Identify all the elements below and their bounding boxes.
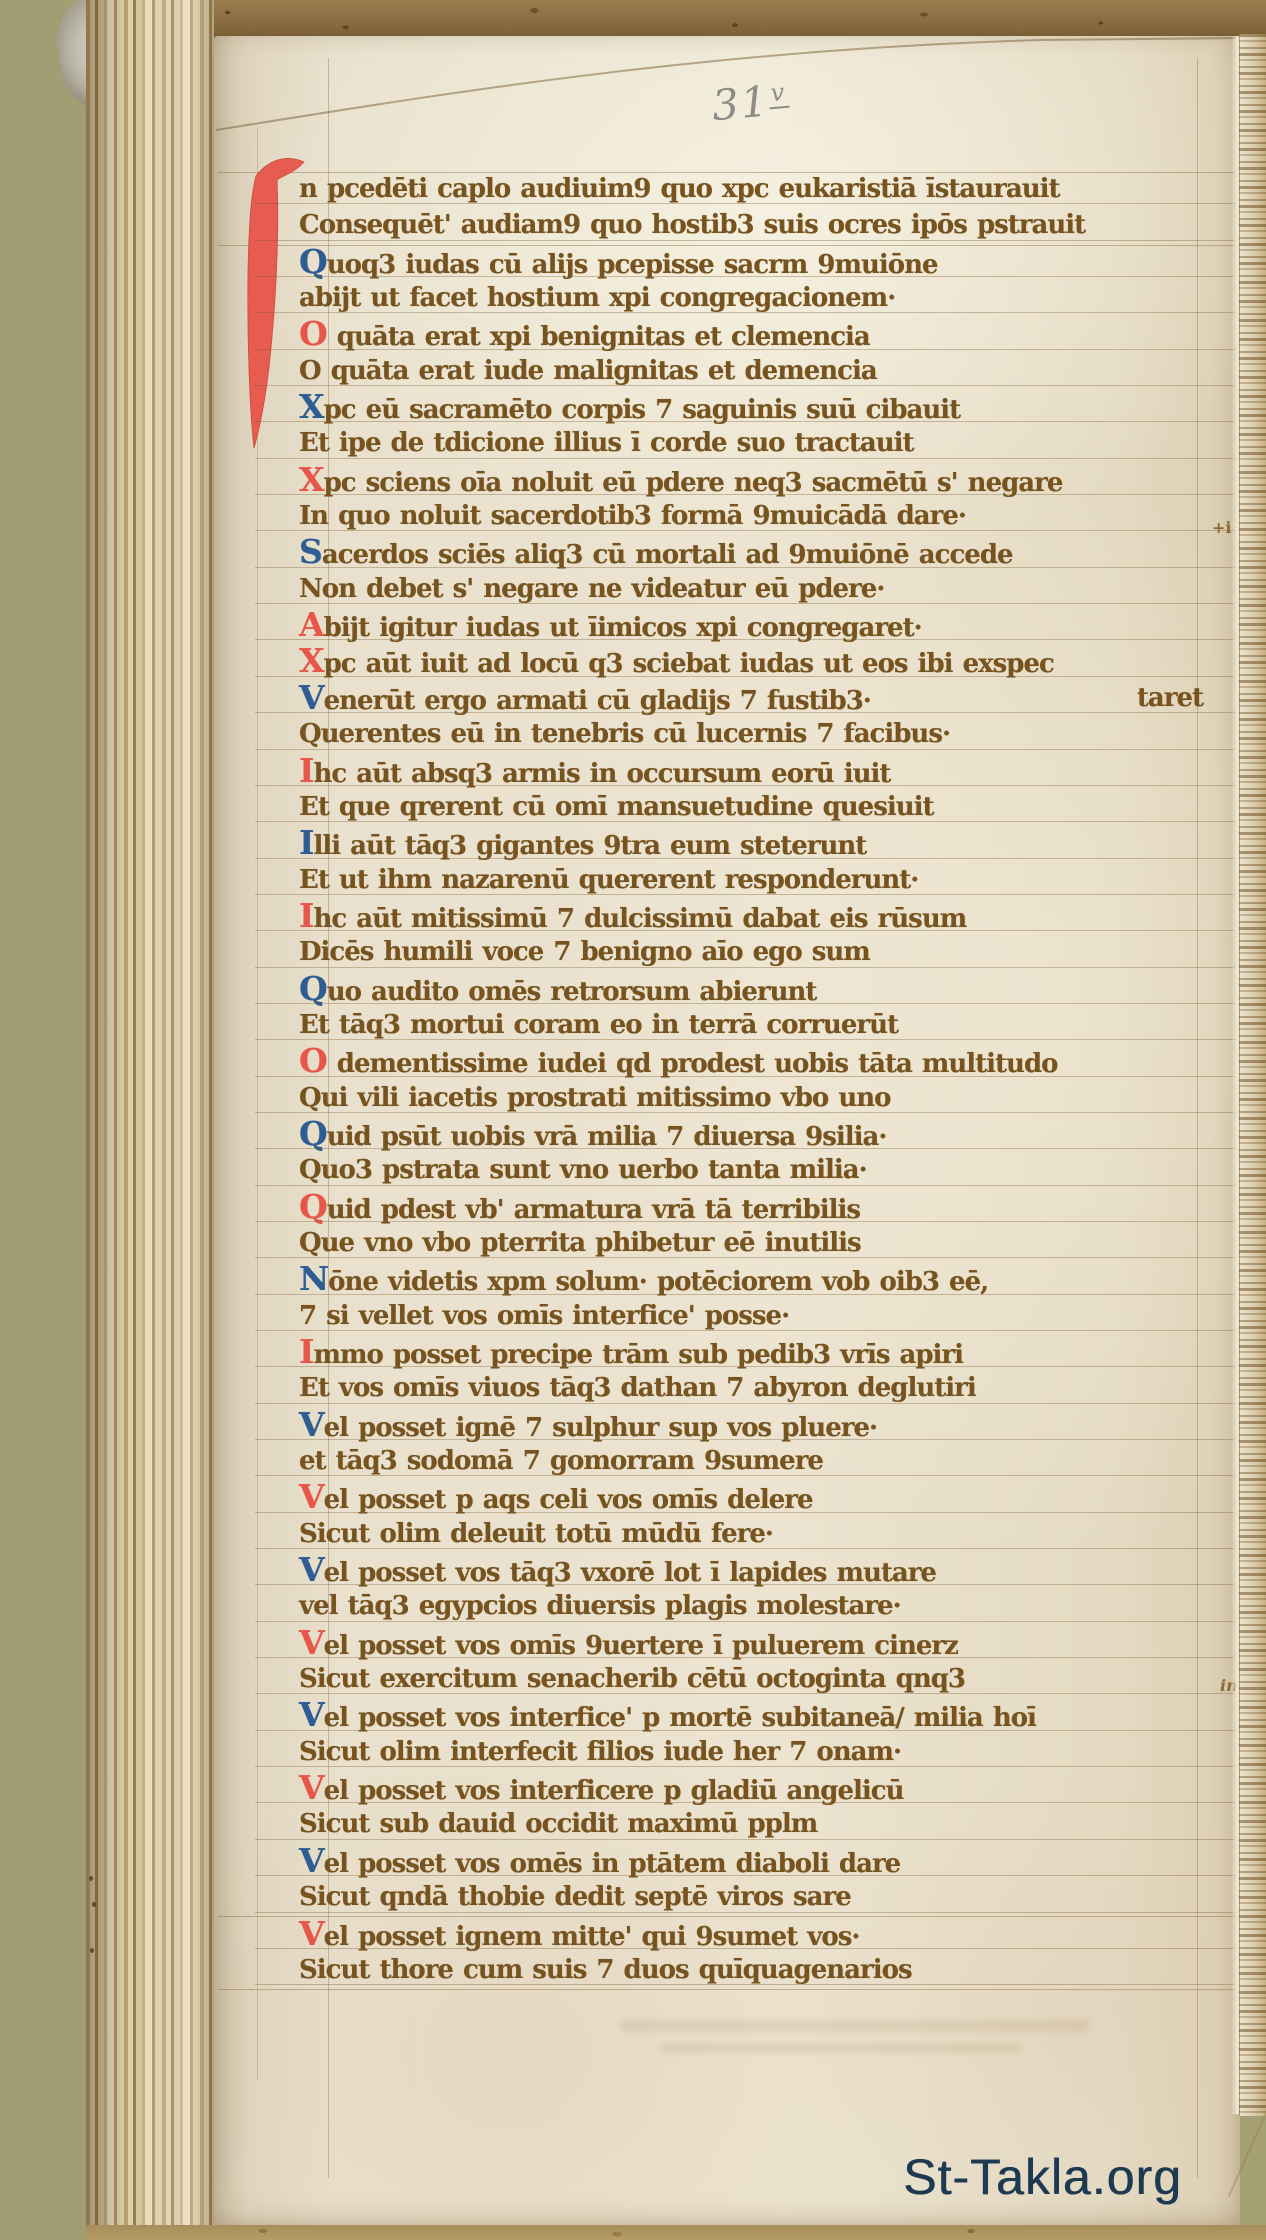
- line-text: ōne videtis xpm solum· potēciorem vob oi…: [328, 1267, 988, 1297]
- show-through-smudge: [620, 2020, 1090, 2032]
- line-initial: X: [299, 387, 324, 426]
- manuscript-line: Sicut olim deleuit totū mūdū fere·: [255, 1516, 1237, 1552]
- manuscript-line: In quo noluit sacerdotib3 formā 9muicādā…: [255, 498, 1237, 534]
- line-text: quāta erat iude malignitas et demencia: [321, 356, 877, 386]
- line-text: t tāq3 mortui coram eo in terrā corruerū…: [318, 1010, 898, 1040]
- line-text: uo audito omēs retrorsum abierunt: [327, 977, 817, 1007]
- line-text: hc aūt mitissimū 7 dulcissimū dabat eis …: [313, 904, 966, 934]
- line-initial: I: [299, 823, 313, 862]
- line-initial: Q: [299, 969, 327, 1008]
- manuscript-line: Et ipe de tdicione illius ī corde suo tr…: [255, 425, 1237, 461]
- pricking-hole: [92, 1902, 96, 1907]
- line-initial: C: [299, 210, 319, 240]
- line-initial: a: [299, 283, 315, 313]
- line-text: n pcedēti caplo audiuim9 quo xpc eukaris…: [299, 174, 1060, 204]
- line-initial: E: [299, 1010, 318, 1040]
- manuscript-line: Quo audito omēs retrorsum abierunt: [255, 971, 1237, 1007]
- manuscript-line: Et tāq3 mortui coram eo in terrā corruer…: [255, 1007, 1237, 1043]
- line-text: el posset vos interficere p gladiū angel…: [324, 1776, 904, 1806]
- line-text: ue vno vbo pterrita phibetur eē inutilis: [321, 1228, 861, 1258]
- line-text: icut olim interfecit filios iude her 7 o…: [317, 1737, 901, 1767]
- line-initial: V: [299, 1914, 324, 1953]
- line-initial: V: [299, 1550, 324, 1589]
- manuscript-line: Quoq3 iudas cū alijs pcepisse sacrm 9mui…: [255, 244, 1237, 280]
- manuscript-line: Ihc aūt absq3 armis in occursum eorū iui…: [255, 753, 1237, 789]
- manuscript-line: O quāta erat xpi benignitas et clemencia: [255, 316, 1237, 352]
- line-text: acerdos sciēs aliq3 cū mortali ad 9muiōn…: [322, 540, 1013, 570]
- line-text: bijt igitur iudas ut īimicos xpi congreg…: [324, 613, 922, 643]
- watermark: St-Takla.org: [903, 2148, 1182, 2206]
- line-text: t ipe de tdicione illius ī corde suo tra…: [318, 428, 914, 458]
- manuscript-line: Sicut exercitum senacherib cētū octogint…: [255, 1661, 1237, 1697]
- line-text: ui vili iacetis prostrati mitissimo vbo …: [321, 1083, 891, 1113]
- line-text: uerentes eū in tenebris cū lucernis 7 fa…: [321, 719, 950, 749]
- manuscript-line: Et vos omīs viuos tāq3 dathan 7 abyron d…: [255, 1370, 1237, 1406]
- line-initial: S: [299, 532, 322, 571]
- manuscript-line: Sicut thore cum suis 7 duos quīquagenari…: [255, 1952, 1237, 1988]
- line-initial: Q: [299, 242, 327, 281]
- line-initial: E: [299, 792, 318, 822]
- line-initial: V: [299, 1841, 324, 1880]
- pricking-hole: [89, 1876, 93, 1881]
- manuscript-line: Vel posset vos interfice' p mortē subita…: [255, 1697, 1237, 1733]
- manuscript-line: Xpc sciens oīa noluit eū pdere neq3 sacm…: [255, 462, 1237, 498]
- line-text: pc eū sacramēto corpis 7 saguinis suū ci…: [324, 395, 961, 425]
- manuscript-line: 7 si vellet vos omīs interfice' posse·: [255, 1298, 1237, 1334]
- folio-digits: 31: [710, 76, 772, 130]
- line-text: el posset vos interfice' p mortē subitan…: [324, 1703, 1036, 1733]
- manuscript-line: Et ut ihm nazarenū quererent responderun…: [255, 862, 1237, 898]
- manuscript-line: Illi aūt tāq3 gigantes 9tra eum steterun…: [255, 825, 1237, 861]
- line-text: icut thore cum suis 7 duos quīquagenario…: [317, 1955, 912, 1985]
- manuscript-line: Nōne videtis xpm solum· potēciorem vob o…: [255, 1261, 1237, 1297]
- line-initial: I: [299, 751, 313, 790]
- manuscript-line: Vel posset vos omēs in ptātem diaboli da…: [255, 1843, 1237, 1879]
- line-initial: v: [299, 1591, 313, 1621]
- line-initial: O: [299, 1041, 327, 1080]
- line-text: el tāq3 egypcios diuersis plagis molesta…: [313, 1591, 901, 1621]
- manuscript-line: Vel posset vos omīs 9uertere ī puluerem …: [255, 1625, 1237, 1661]
- manuscript-line: Et que qrerent cū omī mansuetudine quesi…: [255, 789, 1237, 825]
- line-initial: E: [299, 428, 318, 458]
- line-initial: S: [299, 1882, 317, 1912]
- line-initial: V: [299, 1768, 324, 1807]
- manuscript-line: Abijt igitur iudas ut īimicos xpi congre…: [255, 607, 1237, 643]
- manuscript-line: Querentes eū in tenebris cū lucernis 7 f…: [255, 716, 1237, 752]
- line-text: icēs humili voce 7 benigno aīo ego sum: [321, 937, 870, 967]
- line-text: on debet s' negare ne videatur eū pdere·: [322, 574, 885, 604]
- manuscript-line: O quāta erat iude malignitas et demencia: [255, 353, 1237, 389]
- manuscript-line: O dementissime iudei qd prodest uobis tā…: [255, 1043, 1237, 1079]
- line-text: uo3 pstrata sunt vno uerbo tanta milia·: [321, 1155, 867, 1185]
- line-text: icut sub dauid occidit maximū pplm: [317, 1809, 817, 1839]
- manuscript-line: Sacerdos sciēs aliq3 cū mortali ad 9muiō…: [255, 534, 1237, 570]
- line-initial: S: [299, 1955, 317, 1985]
- line-initial: Q: [299, 1155, 321, 1185]
- fore-edge-text-strip: [1239, 34, 1266, 2116]
- line-text: pc sciens oīa noluit eū pdere neq3 sacmē…: [324, 468, 1063, 498]
- line-text: el posset ignem mitte' qui 9sumet vos·: [324, 1922, 860, 1952]
- line-text: t ut ihm nazarenū quererent responderunt…: [318, 865, 919, 895]
- line-text: el posset vos omēs in ptātem diaboli dar…: [324, 1849, 901, 1879]
- line-initial: X: [299, 460, 324, 499]
- manuscript-line: Dicēs humili voce 7 benigno aīo ego sum: [255, 934, 1237, 970]
- manuscript-line: vel tāq3 egypcios diuersis plagis molest…: [255, 1588, 1237, 1624]
- manuscript-line: Quid pdest vb' armatura vrā tā terribili…: [255, 1189, 1237, 1225]
- line-initial: S: [299, 1737, 317, 1767]
- manuscript-photo: 31v n pcedēti caplo audiuim9 quo xpc euk…: [0, 0, 1266, 2240]
- line-text: dementissime iudei qd prodest uobis tāta…: [327, 1049, 1058, 1079]
- manuscript-line: Que vno vbo pterrita phibetur eē inutili…: [255, 1225, 1237, 1261]
- manuscript-line: Venerūt ergo armati cū gladijs 7 fustib3…: [255, 680, 1237, 716]
- line-initial: V: [299, 1623, 324, 1662]
- manuscript-line: Sicut olim interfecit filios iude her 7 …: [255, 1734, 1237, 1770]
- line-text: bijt ut facet hostium xpi congregacionem…: [315, 283, 895, 313]
- line-text: onsequēt' audiam9 quo hostib3 suis ocres…: [319, 210, 1085, 240]
- manuscript-line: Vel posset p aqs celi vos omīs delere: [255, 1479, 1237, 1515]
- line-initial: X: [299, 641, 324, 680]
- line-text: quāta erat xpi benignitas et clemencia: [327, 322, 870, 352]
- line-text: mmo posset precipe trām sub pedib3 vrīs …: [313, 1340, 963, 1370]
- line-initial: I: [299, 1332, 313, 1371]
- line-text: t que qrerent cū omī mansuetudine quesiu…: [318, 792, 934, 822]
- line-initial: V: [299, 1405, 324, 1444]
- line-text: lli aūt tāq3 gigantes 9tra eum steterunt: [313, 831, 866, 861]
- line-initial: I: [299, 896, 313, 935]
- binding-gutter: [86, 0, 214, 2240]
- manuscript-line: Immo posset precipe trām sub pedib3 vrīs…: [255, 1334, 1237, 1370]
- manuscript-line: Vel posset ignem mitte' qui 9sumet vos·: [255, 1916, 1237, 1952]
- manuscript-line: Quo3 pstrata sunt vno uerbo tanta milia·: [255, 1152, 1237, 1188]
- manuscript-line: abijt ut facet hostium xpi congregacione…: [255, 280, 1237, 316]
- folio-verso-mark: v: [768, 78, 790, 110]
- manuscript-line: Non debet s' negare ne videatur eū pdere…: [255, 571, 1237, 607]
- line-text: si vellet vos omīs interfice' posse·: [316, 1301, 789, 1331]
- line-initial: Q: [299, 1187, 327, 1226]
- line-initial: I: [299, 501, 310, 531]
- line-initial: 7: [299, 1301, 316, 1331]
- line-initial: E: [299, 865, 318, 895]
- pricking-hole: [90, 1948, 94, 1953]
- manuscript-line: Xpc aūt iuit ad locū q3 sciebat iudas ut…: [255, 643, 1237, 679]
- manuscript-text-block: n pcedēti caplo audiuim9 quo xpc eukaris…: [255, 171, 1237, 1988]
- manuscript-line: Vel posset vos interficere p gladiū ange…: [255, 1770, 1237, 1806]
- line-initial: N: [299, 574, 322, 604]
- line-initial: Q: [299, 1114, 327, 1153]
- line-initial: S: [299, 1664, 317, 1694]
- line-initial: e: [299, 1446, 315, 1476]
- line-initial: Q: [299, 1083, 321, 1113]
- line-initial: E: [299, 1373, 318, 1403]
- folio-number: 31v: [710, 75, 791, 131]
- catchword-continuation: taret: [1137, 680, 1203, 716]
- line-initial: V: [299, 1695, 324, 1734]
- manuscript-line: Vel posset vos tāq3 vxorē lot ī lapides …: [255, 1552, 1237, 1588]
- line-initial: S: [299, 1519, 317, 1549]
- marginal-insertion-mark: +i: [1212, 518, 1231, 537]
- line-text: el posset vos omīs 9uertere ī puluerem c…: [324, 1631, 958, 1661]
- line-initial: O: [299, 356, 321, 386]
- line-initial: D: [299, 937, 321, 967]
- line-text: uid pdest vb' armatura vrā tā terribilis: [327, 1195, 860, 1225]
- line-text: icut qndā thobie dedit septē viros sare: [317, 1882, 851, 1912]
- manuscript-line: Sicut sub dauid occidit maximū pplm: [255, 1806, 1237, 1842]
- frame-rule: [218, 1989, 1238, 1990]
- line-initial: S: [299, 1809, 317, 1839]
- line-text: uoq3 iudas cū alijs pcepisse sacrm 9muiō…: [327, 250, 938, 280]
- show-through-smudge: [660, 2043, 1020, 2053]
- line-initial: Q: [299, 1228, 321, 1258]
- manuscript-line: et tāq3 sodomā 7 gomorram 9sumere: [255, 1443, 1237, 1479]
- manuscript-line: Quid psūt uobis vrā milia 7 diuersa 9sil…: [255, 1116, 1237, 1152]
- manuscript-line: Qui vili iacetis prostrati mitissimo vbo…: [255, 1080, 1237, 1116]
- line-text: t vos omīs viuos tāq3 dathan 7 abyron de…: [318, 1373, 976, 1403]
- line-text: el posset ignē 7 sulphur sup vos pluere·: [324, 1413, 877, 1443]
- manuscript-line: Vel posset ignē 7 sulphur sup vos pluere…: [255, 1407, 1237, 1443]
- manuscript-line: Sicut qndā thobie dedit septē viros sare: [255, 1879, 1237, 1915]
- manuscript-line: Xpc eū sacramēto corpis 7 saguinis suū c…: [255, 389, 1237, 425]
- manuscript-line: Ihc aūt mitissimū 7 dulcissimū dabat eis…: [255, 898, 1237, 934]
- book-bottom-edge: [86, 2225, 1266, 2240]
- line-initial: V: [299, 1477, 324, 1516]
- line-text: n quo noluit sacerdotib3 formā 9muicādā …: [310, 501, 966, 531]
- line-initial: Q: [299, 719, 321, 749]
- line-text: icut olim deleuit totū mūdū fere·: [317, 1519, 773, 1549]
- line-text: icut exercitum senacherib cētū octoginta…: [317, 1664, 965, 1694]
- line-text: t tāq3 sodomā 7 gomorram 9sumere: [315, 1446, 823, 1476]
- manuscript-line: Consequēt' audiam9 quo hostib3 suis ocre…: [255, 207, 1237, 243]
- line-initial: N: [299, 1259, 328, 1298]
- line-initial: A: [299, 605, 324, 644]
- manuscript-line: n pcedēti caplo audiuim9 quo xpc eukaris…: [255, 171, 1237, 207]
- line-initial: O: [299, 314, 327, 353]
- line-text: el posset p aqs celi vos omīs delere: [324, 1485, 813, 1515]
- line-text: enerūt ergo armati cū gladijs 7 fustib3·: [324, 686, 871, 716]
- line-text: uid psūt uobis vrā milia 7 diuersa 9sili…: [327, 1122, 887, 1152]
- line-text: hc aūt absq3 armis in occursum eorū iuit: [313, 759, 890, 789]
- line-text: el posset vos tāq3 vxorē lot ī lapides m…: [324, 1558, 936, 1588]
- line-text: pc aūt iuit ad locū q3 sciebat iudas ut …: [324, 649, 1054, 679]
- line-initial: V: [299, 678, 324, 717]
